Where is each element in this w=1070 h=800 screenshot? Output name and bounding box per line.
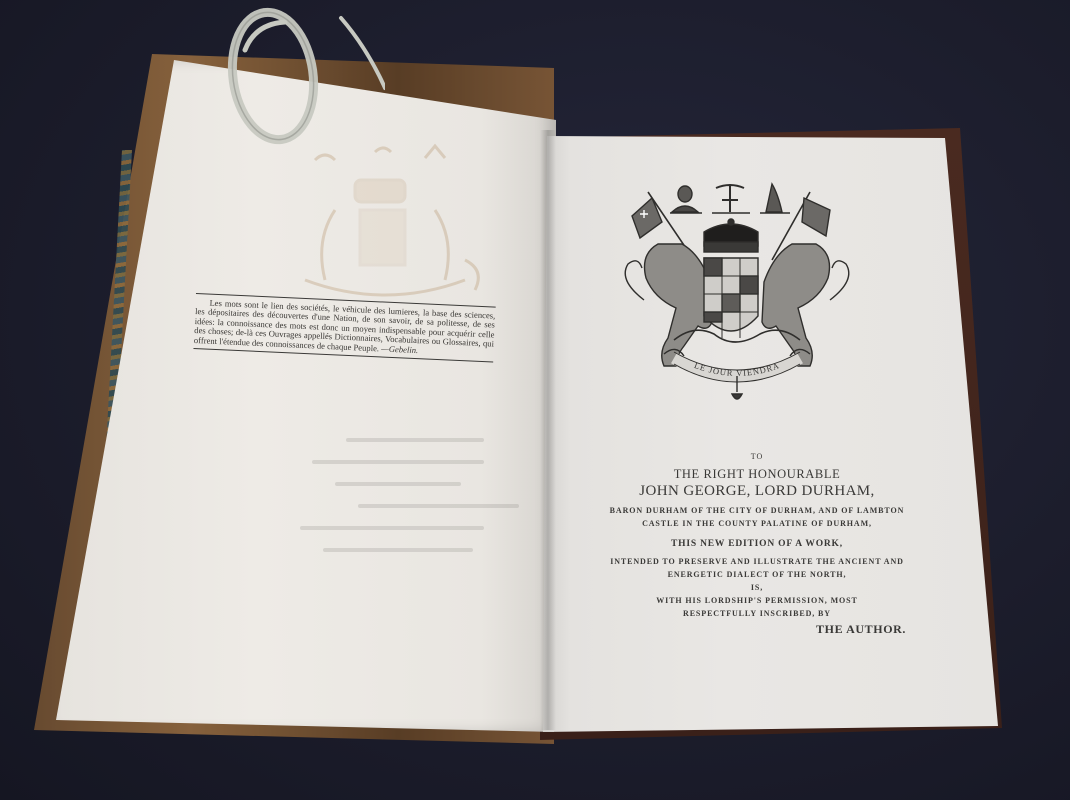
- dedication-title: THE RIGHT HONOURABLE: [596, 467, 918, 482]
- dedication-name: JOHN GEORGE, LORD DURHAM,: [596, 482, 918, 500]
- dedication-author: THE AUTHOR.: [596, 622, 918, 637]
- dedication-purpose-1: INTENDED TO PRESERVE AND ILLUSTRATE THE …: [596, 555, 918, 568]
- epigraph-attribution: —Gebelin.: [381, 343, 418, 355]
- book-gutter: [540, 130, 556, 730]
- crest-bust-icon: [670, 186, 702, 213]
- epigraph-body: Les mots sont le lien des sociétés, le v…: [194, 298, 496, 353]
- dedication-is: IS,: [596, 581, 918, 594]
- offset-crest-image: [275, 140, 495, 310]
- show-through-text: [300, 420, 530, 600]
- crest-figure-icon: [760, 184, 790, 213]
- dedication: TO THE RIGHT HONOURABLE JOHN GEORGE, LOR…: [596, 452, 918, 637]
- dedication-permission-1: WITH HIS LORDSHIP'S PERMISSION, MOST: [596, 594, 918, 607]
- lion-left-icon: [625, 244, 712, 366]
- coat-of-arms-engraving: LE JOUR VIENDRA: [604, 180, 870, 410]
- shield-icon: [704, 258, 758, 338]
- coronet-icon: [704, 219, 758, 252]
- dedication-styles-1: BARON DURHAM OF THE CITY OF DURHAM, AND …: [596, 504, 918, 517]
- dedication-to: TO: [596, 452, 918, 461]
- crest-fleur-icon: [712, 185, 750, 213]
- dedication-purpose-2: ENERGETIC DIALECT OF THE NORTH,: [596, 568, 918, 581]
- photo-scene: Les mots sont le lien des sociétés, le v…: [0, 0, 1070, 800]
- dedication-permission-2: RESPECTFULLY INSCRIBED, BY: [596, 607, 918, 620]
- epigraph-text: Les mots sont le lien des sociétés, le v…: [194, 298, 496, 359]
- bookmark-ribbon-loop: [215, 0, 385, 150]
- dedication-work: THIS NEW EDITION OF A WORK,: [596, 537, 918, 551]
- dedication-styles-2: CASTLE IN THE COUNTY PALATINE OF DURHAM,: [596, 517, 918, 530]
- lion-right-icon: [762, 244, 849, 366]
